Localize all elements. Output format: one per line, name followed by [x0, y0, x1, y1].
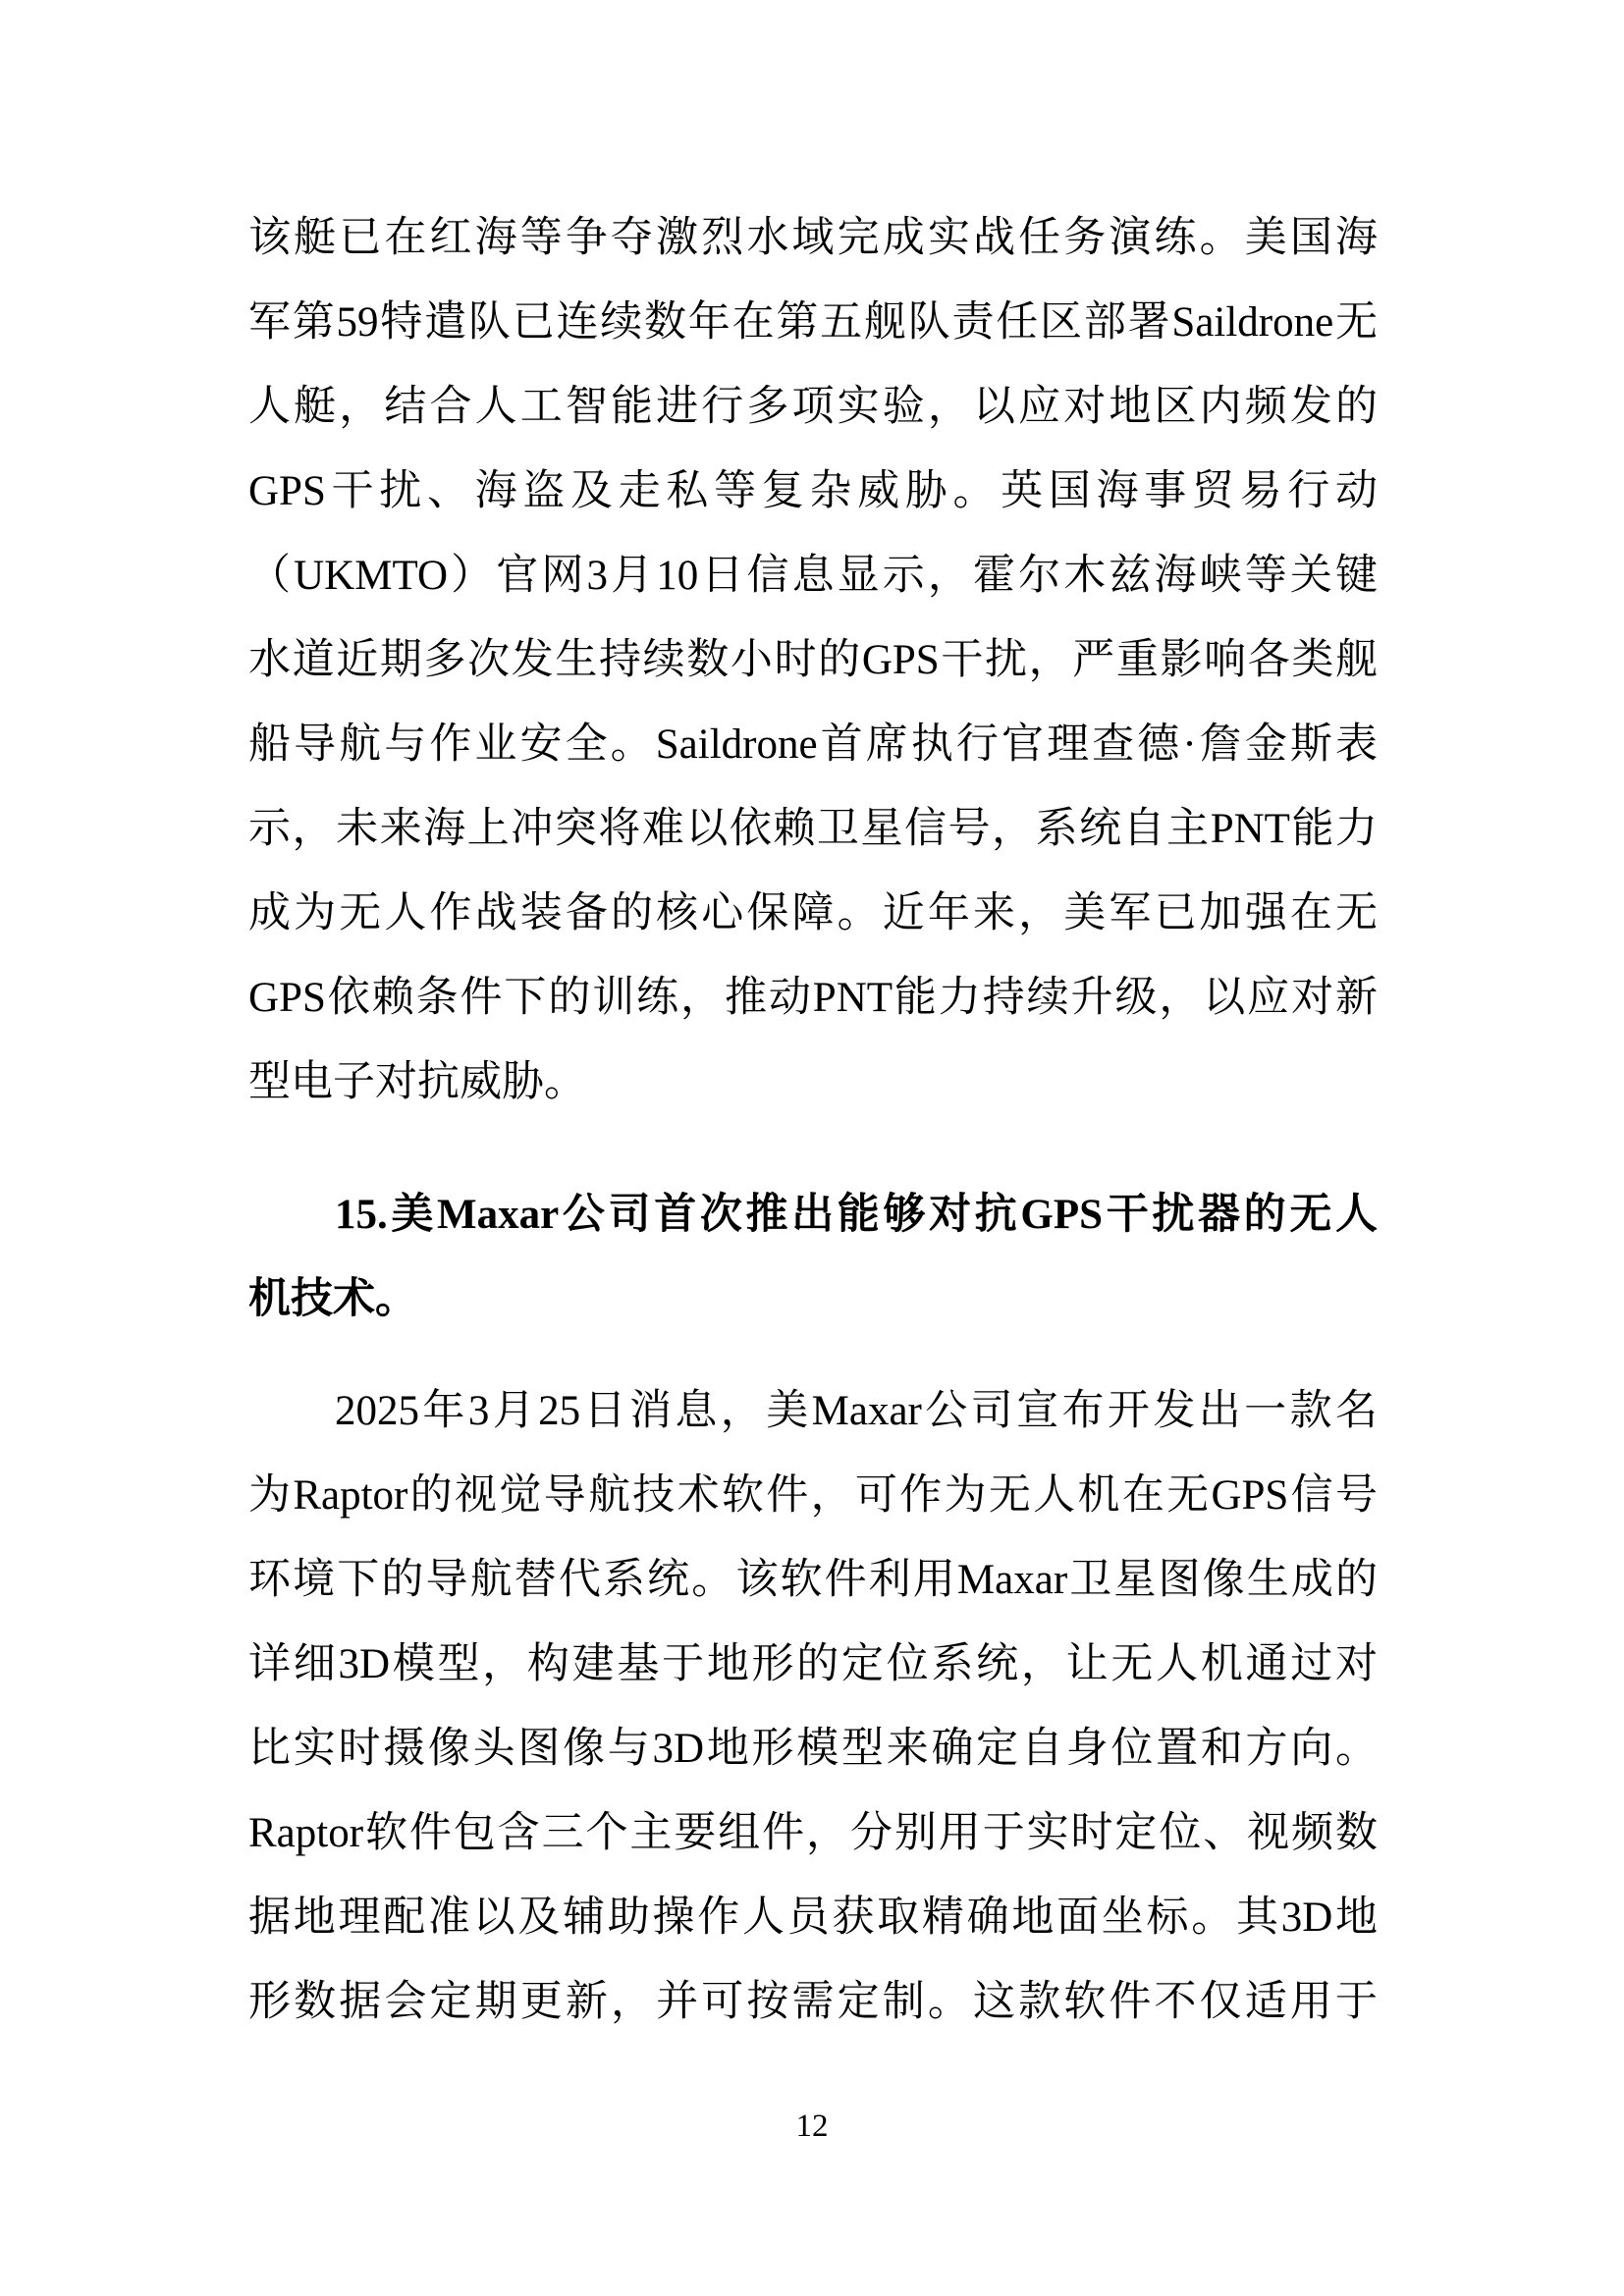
heading-line: 机技术。 [248, 1257, 1378, 1342]
text-line: 据地理配准以及辅助操作人员获取精确地面坐标。其3D地 [248, 1876, 1378, 1960]
text-line: 形数据会定期更新，并可按需定制。这款软件不仅适用于 [248, 1960, 1378, 2045]
text-line: 成为无人作战装备的核心保障。近年来，美军已加强在无 [248, 872, 1378, 956]
text-line: 2025年3月25日消息，美Maxar公司宣布开发出一款名 [248, 1369, 1378, 1454]
document-text-block: 该艇已在红海等争夺激烈水域完成实战任务演练。美国海 军第59特遣队已连续数年在第… [248, 196, 1378, 2045]
paragraph-continued: 该艇已在红海等争夺激烈水域完成实战任务演练。美国海 军第59特遣队已连续数年在第… [248, 196, 1378, 1125]
text-line: 该艇已在红海等争夺激烈水域完成实战任务演练。美国海 [248, 196, 1378, 281]
text-line: 详细3D模型，构建基于地形的定位系统，让无人机通过对 [248, 1623, 1378, 1707]
text-line: 水道近期多次发生持续数小时的GPS干扰，严重影响各类舰 [248, 618, 1378, 703]
heading-line: 15.美Maxar公司首次推出能够对抗GPS干扰器的无人 [248, 1173, 1378, 1257]
text-line: 为Raptor的视觉导航技术软件，可作为无人机在无GPS信号 [248, 1454, 1378, 1538]
text-line: 人艇，结合人工智能进行多项实验，以应对地区内频发的 [248, 365, 1378, 450]
text-line: 示，未来海上冲突将难以依赖卫星信号，系统自主PNT能力 [248, 787, 1378, 872]
section-heading: 15.美Maxar公司首次推出能够对抗GPS干扰器的无人 机技术。 [248, 1173, 1378, 1342]
text-line: 船导航与作业安全。Saildrone首席执行官理查德·詹金斯表 [248, 703, 1378, 787]
paragraph-body: 2025年3月25日消息，美Maxar公司宣布开发出一款名 为Raptor的视觉… [248, 1369, 1378, 2045]
text-line: 型电子对抗威胁。 [248, 1041, 1378, 1125]
text-line: 军第59特遣队已连续数年在第五舰队责任区部署Saildrone无 [248, 281, 1378, 365]
document-page: 该艇已在红海等争夺激烈水域完成实战任务演练。美国海 军第59特遣队已连续数年在第… [0, 0, 1624, 2296]
text-line: （UKMTO）官网3月10日信息显示，霍尔木兹海峡等关键 [248, 534, 1378, 618]
text-line: Raptor软件包含三个主要组件，分别用于实时定位、视频数 [248, 1791, 1378, 1876]
text-line: 比实时摄像头图像与3D地形模型来确定自身位置和方向。 [248, 1707, 1378, 1791]
text-line: GPS干扰、海盗及走私等复杂威胁。英国海事贸易行动 [248, 450, 1378, 534]
page-number: 12 [0, 2107, 1624, 2146]
text-line: 环境下的导航替代系统。该软件利用Maxar卫星图像生成的 [248, 1538, 1378, 1623]
text-line: GPS依赖条件下的训练，推动PNT能力持续升级，以应对新 [248, 956, 1378, 1041]
